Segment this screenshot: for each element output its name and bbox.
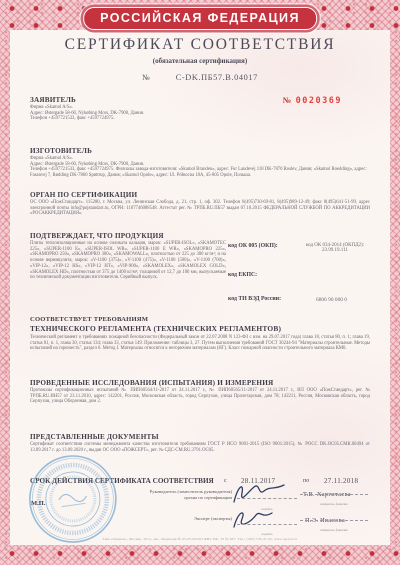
compliance-subheading: ТЕХНИЧЕСКОГО РЕГЛАМЕНТА (ТЕХНИЧЕСКИХ РЕГ… bbox=[30, 324, 281, 333]
applicant-heading: ЗАЯВИТЕЛЬ bbox=[30, 96, 76, 104]
cert-authority-body: ОС ООО «ПожСтандарт». 115280, г. Москва,… bbox=[30, 200, 370, 217]
code-tnved-label: код ТН ВЭД России: bbox=[228, 296, 281, 302]
manufacturer-body: Фирма «Skamol A/S». Адрес: Østergade 58-… bbox=[30, 156, 370, 179]
code-okpd2-value: код ОК 034-2014 (ОКПД2): 23.99.19.111 bbox=[296, 243, 374, 253]
head-signature-line bbox=[237, 498, 297, 499]
country-banner: РОССИЙСКАЯ ФЕДЕРАЦИЯ bbox=[83, 7, 317, 30]
head-name-caption: инициалы, фамилия bbox=[300, 502, 368, 506]
product-heading: ПОДТВЕРЖДАЕТ, ЧТО ПРОДУКЦИЯ bbox=[30, 232, 164, 240]
validity-to-label: по bbox=[303, 478, 309, 484]
head-signature bbox=[228, 480, 290, 508]
expert-role-label: Эксперт (эксперты) bbox=[105, 516, 232, 522]
cert-authority-heading: ОРГАН ПО СЕРТИФИКАЦИИ bbox=[30, 191, 137, 199]
form-serial-label: № bbox=[283, 95, 293, 105]
printer-imprint: ЗАО «Опцион», Москва, 2014, «Б». Лицензи… bbox=[0, 537, 400, 541]
compliance-body: Технический регламент о требованиях пожа… bbox=[30, 335, 370, 352]
code-tnved-value: 6806 90 000 0 bbox=[316, 297, 347, 303]
certificate-subtitle: (обязательная сертификация) bbox=[0, 57, 400, 65]
certificate-number-row: № С-DK.ПБ57.В.04017 bbox=[0, 73, 400, 82]
expert-name-caption: инициалы, фамилия bbox=[300, 528, 368, 532]
expert-signature-line bbox=[237, 524, 297, 525]
compliance-heading: СООТВЕТСТВУЕТ ТРЕБОВАНИЯМ bbox=[30, 316, 148, 323]
documents-heading: ПРЕДСТАВЛЕННЫЕ ДОКУМЕНТЫ bbox=[30, 433, 159, 441]
expert-name-line bbox=[300, 520, 368, 521]
validity-to-date: 27.11.2018 bbox=[324, 477, 358, 485]
product-description: Плиты теплоизоляционные на основе силика… bbox=[30, 241, 226, 281]
tests-body: Протоколы сертификационных испытаний № П… bbox=[30, 388, 370, 405]
validity-from-label: с bbox=[224, 478, 227, 484]
code-ekps-label: код ЕКПС: bbox=[228, 272, 257, 278]
head-role-label: Руководитель (заместитель руководителя) … bbox=[105, 489, 232, 501]
ornament-border-left bbox=[0, 28, 10, 547]
certificate-number-label: № bbox=[142, 73, 150, 82]
applicant-body: Фирма «Skamol A/S». Адрес: Østergade 58-… bbox=[30, 105, 370, 122]
code-ok005-label: код ОК 005 (ОКП): bbox=[228, 243, 278, 249]
tests-heading: ПРОВЕДЕННЫЕ ИССЛЕДОВАНИЯ (ИСПЫТАНИЯ) И И… bbox=[30, 379, 273, 387]
head-name-line bbox=[300, 494, 368, 495]
stamp-place-label: М.П. bbox=[31, 500, 45, 507]
certificate-page: РОССИЙСКАЯ ФЕДЕРАЦИЯ СЕРТИФИКАТ СООТВЕТС… bbox=[0, 0, 400, 565]
ornament-border-right bbox=[390, 28, 400, 547]
certificate-title: СЕРТИФИКАТ СООТВЕТСТВИЯ bbox=[0, 36, 400, 54]
head-signature-caption: подпись bbox=[237, 507, 297, 511]
expert-signature-caption: подпись bbox=[237, 532, 297, 536]
manufacturer-heading: ИЗГОТОВИТЕЛЬ bbox=[30, 147, 92, 155]
certificate-number: С-DK.ПБ57.В.04017 bbox=[176, 73, 258, 82]
